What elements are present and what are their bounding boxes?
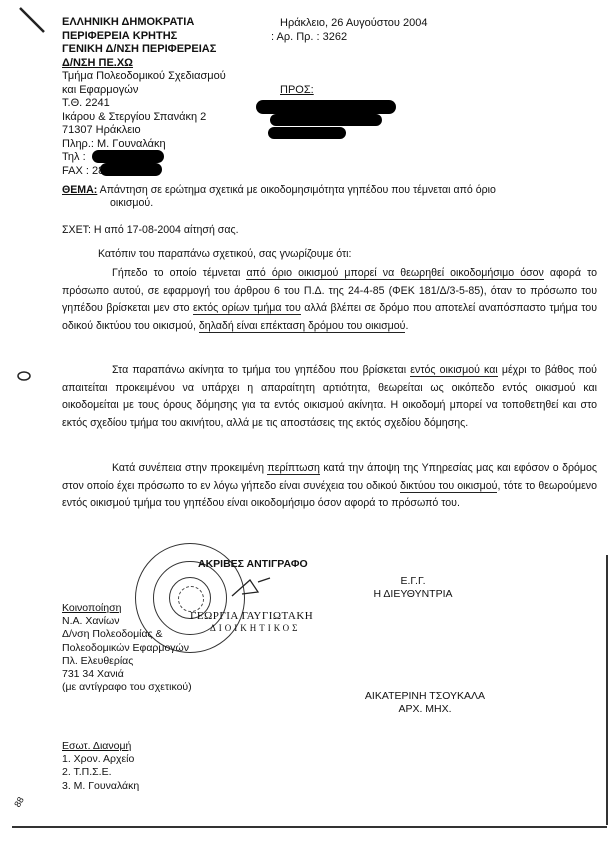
p3-underlined: περίπτωση bbox=[267, 462, 319, 475]
redacted-recipient bbox=[256, 100, 396, 114]
sender-line: ΠΕΡΙΦΕΡΕΙΑ ΚΡΗΤΗΣ bbox=[62, 30, 226, 44]
paragraph-1: Γήπεδο το οποίο τέμνεται από όριο οικισμ… bbox=[62, 265, 597, 335]
protocol-number: : Αρ. Πρ. : 3262 bbox=[271, 31, 347, 45]
redacted-recipient bbox=[270, 114, 382, 126]
staple-mark bbox=[18, 6, 48, 36]
page-bottom-edge bbox=[12, 826, 607, 828]
letter-date: Ηράκλειο, 26 Αυγούστου 2004 bbox=[280, 17, 427, 31]
to-label: ΠΡΟΣ: bbox=[280, 84, 314, 98]
reference-line: ΣΧΕΤ: Η από 17-08-2004 αίτησή σας. bbox=[62, 224, 239, 236]
intro-line: Κατόπιν του παραπάνω σχετικού, σας γνωρί… bbox=[98, 248, 351, 260]
redacted-recipient bbox=[268, 127, 346, 139]
p2-text: Στα παραπάνω ακίνητα το τμήμα του γηπέδο… bbox=[112, 364, 410, 376]
sender-line: Πληρ.: Μ. Γουναλάκη bbox=[62, 138, 226, 152]
p1-underlined: εκτός ορίων τμήμα του bbox=[193, 302, 301, 315]
internal-item: 3. Μ. Γουναλάκη bbox=[62, 780, 139, 793]
cc-line: Πολεοδομικών Εφαρμογών bbox=[62, 642, 192, 655]
redacted-fax bbox=[100, 163, 162, 176]
subject-line: ΘΕΜΑ: Απάντηση σε ερώτημα σχετικά με οικ… bbox=[62, 183, 582, 197]
sender-line: 71307 Ηράκλειο bbox=[62, 124, 226, 138]
protocol-text: Αρ. Πρ. : 3262 bbox=[277, 31, 348, 43]
cc-line: Πλ. Ελευθερίας bbox=[62, 655, 192, 668]
internal-label: Εσωτ. Διανομή bbox=[62, 740, 139, 753]
p3-underlined: δικτύου του οικισμού bbox=[400, 480, 497, 493]
page-right-edge bbox=[606, 555, 608, 825]
internal-distribution: Εσωτ. Διανομή 1. Χρον. Αρχείο 2. Τ.Π.Σ.Ε… bbox=[62, 740, 139, 793]
signature-heading: Ε.Γ.Γ. Η ΔΙΕΥΘΥΝΤΡΙΑ bbox=[353, 575, 473, 601]
p1-underlined: από όριο οικισμού μπορεί να θεωρηθεί οικ… bbox=[246, 267, 543, 280]
sender-line: Τμήμα Πολεοδομικού Σχεδιασμού bbox=[62, 70, 226, 84]
paragraph-2: Στα παραπάνω ακίνητα το τμήμα του γηπέδο… bbox=[62, 362, 597, 432]
p3-text: Κατά συνέπεια στην προκειμένη bbox=[112, 462, 267, 474]
redacted-phone bbox=[92, 150, 164, 163]
sender-line: Τ.Θ. 2241 bbox=[62, 97, 226, 111]
signatory-title: ΑΡΧ. ΜΗΧ. bbox=[330, 703, 520, 716]
cc-block: Κοινοποίηση Ν.Α. Χανίων Δ/νση Πολεοδομία… bbox=[62, 602, 192, 694]
internal-item: 1. Χρον. Αρχείο bbox=[62, 753, 139, 766]
signatory: ΑΙΚΑΤΕΡΙΝΗ ΤΣΟΥΚΑΛΑ ΑΡΧ. ΜΗΧ. bbox=[330, 690, 520, 716]
hole-punch-mark bbox=[16, 370, 32, 382]
cc-line: Δ/νση Πολεοδομίας & bbox=[62, 628, 192, 641]
internal-item: 2. Τ.Π.Σ.Ε. bbox=[62, 766, 139, 779]
subject-text-cont: οικισμού. bbox=[110, 197, 153, 209]
cc-line: (με αντίγραφο του σχετικού) bbox=[62, 681, 192, 694]
cc-line: Ν.Α. Χανίων bbox=[62, 615, 192, 628]
official-title: ΔΙΟΙΚΗΤΙΚΟΣ bbox=[210, 623, 300, 633]
subject-label: ΘΕΜΑ: bbox=[62, 184, 97, 196]
initials-signature bbox=[228, 574, 278, 602]
p1-text: Γήπεδο το οποίο τέμνεται bbox=[112, 267, 246, 279]
p1-underlined: δηλαδή είναι επέκταση δρόμου του οικισμο… bbox=[199, 320, 406, 333]
cc-label: Κοινοποίηση bbox=[62, 602, 192, 615]
sender-line: Δ/ΝΣΗ ΠΕ.ΧΩ bbox=[62, 57, 226, 71]
signature-role: Η ΔΙΕΥΘΥΝΤΡΙΑ bbox=[353, 588, 473, 601]
sender-line: ΕΛΛΗΝΙΚΗ ΔΗΜΟΚΡΑΤΙΑ bbox=[62, 16, 226, 30]
page-mark: 88 bbox=[12, 795, 26, 809]
cc-line: 731 34 Χανιά bbox=[62, 668, 192, 681]
p1-text: . bbox=[405, 320, 408, 332]
official-name: ΓΕΩΡΓΙΑ ΓΑΥΓΙΩΤΑΚΗ bbox=[190, 610, 313, 622]
sender-line: και Εφαρμογών bbox=[62, 84, 226, 98]
subject-text: Απάντηση σε ερώτημα σχετικά με οικοδομησ… bbox=[100, 184, 496, 196]
signatory-name: ΑΙΚΑΤΕΡΙΝΗ ΤΣΟΥΚΑΛΑ bbox=[330, 690, 520, 703]
certified-copy-stamp: ΑΚΡΙΒΕΣ ΑΝΤΙΓΡΑΦΟ bbox=[198, 558, 308, 570]
sender-line: ΓΕΝΙΚΗ Δ/ΝΣΗ ΠΕΡΙΦΕΡΕΙΑΣ bbox=[62, 43, 226, 57]
p2-underlined: εντός οικισμού και bbox=[410, 364, 497, 377]
signature-egg: Ε.Γ.Γ. bbox=[353, 575, 473, 588]
sender-line: Ικάρου & Στεργίου Σπανάκη 2 bbox=[62, 111, 226, 125]
paragraph-3: Κατά συνέπεια στην προκειμένη περίπτωση … bbox=[62, 460, 597, 513]
